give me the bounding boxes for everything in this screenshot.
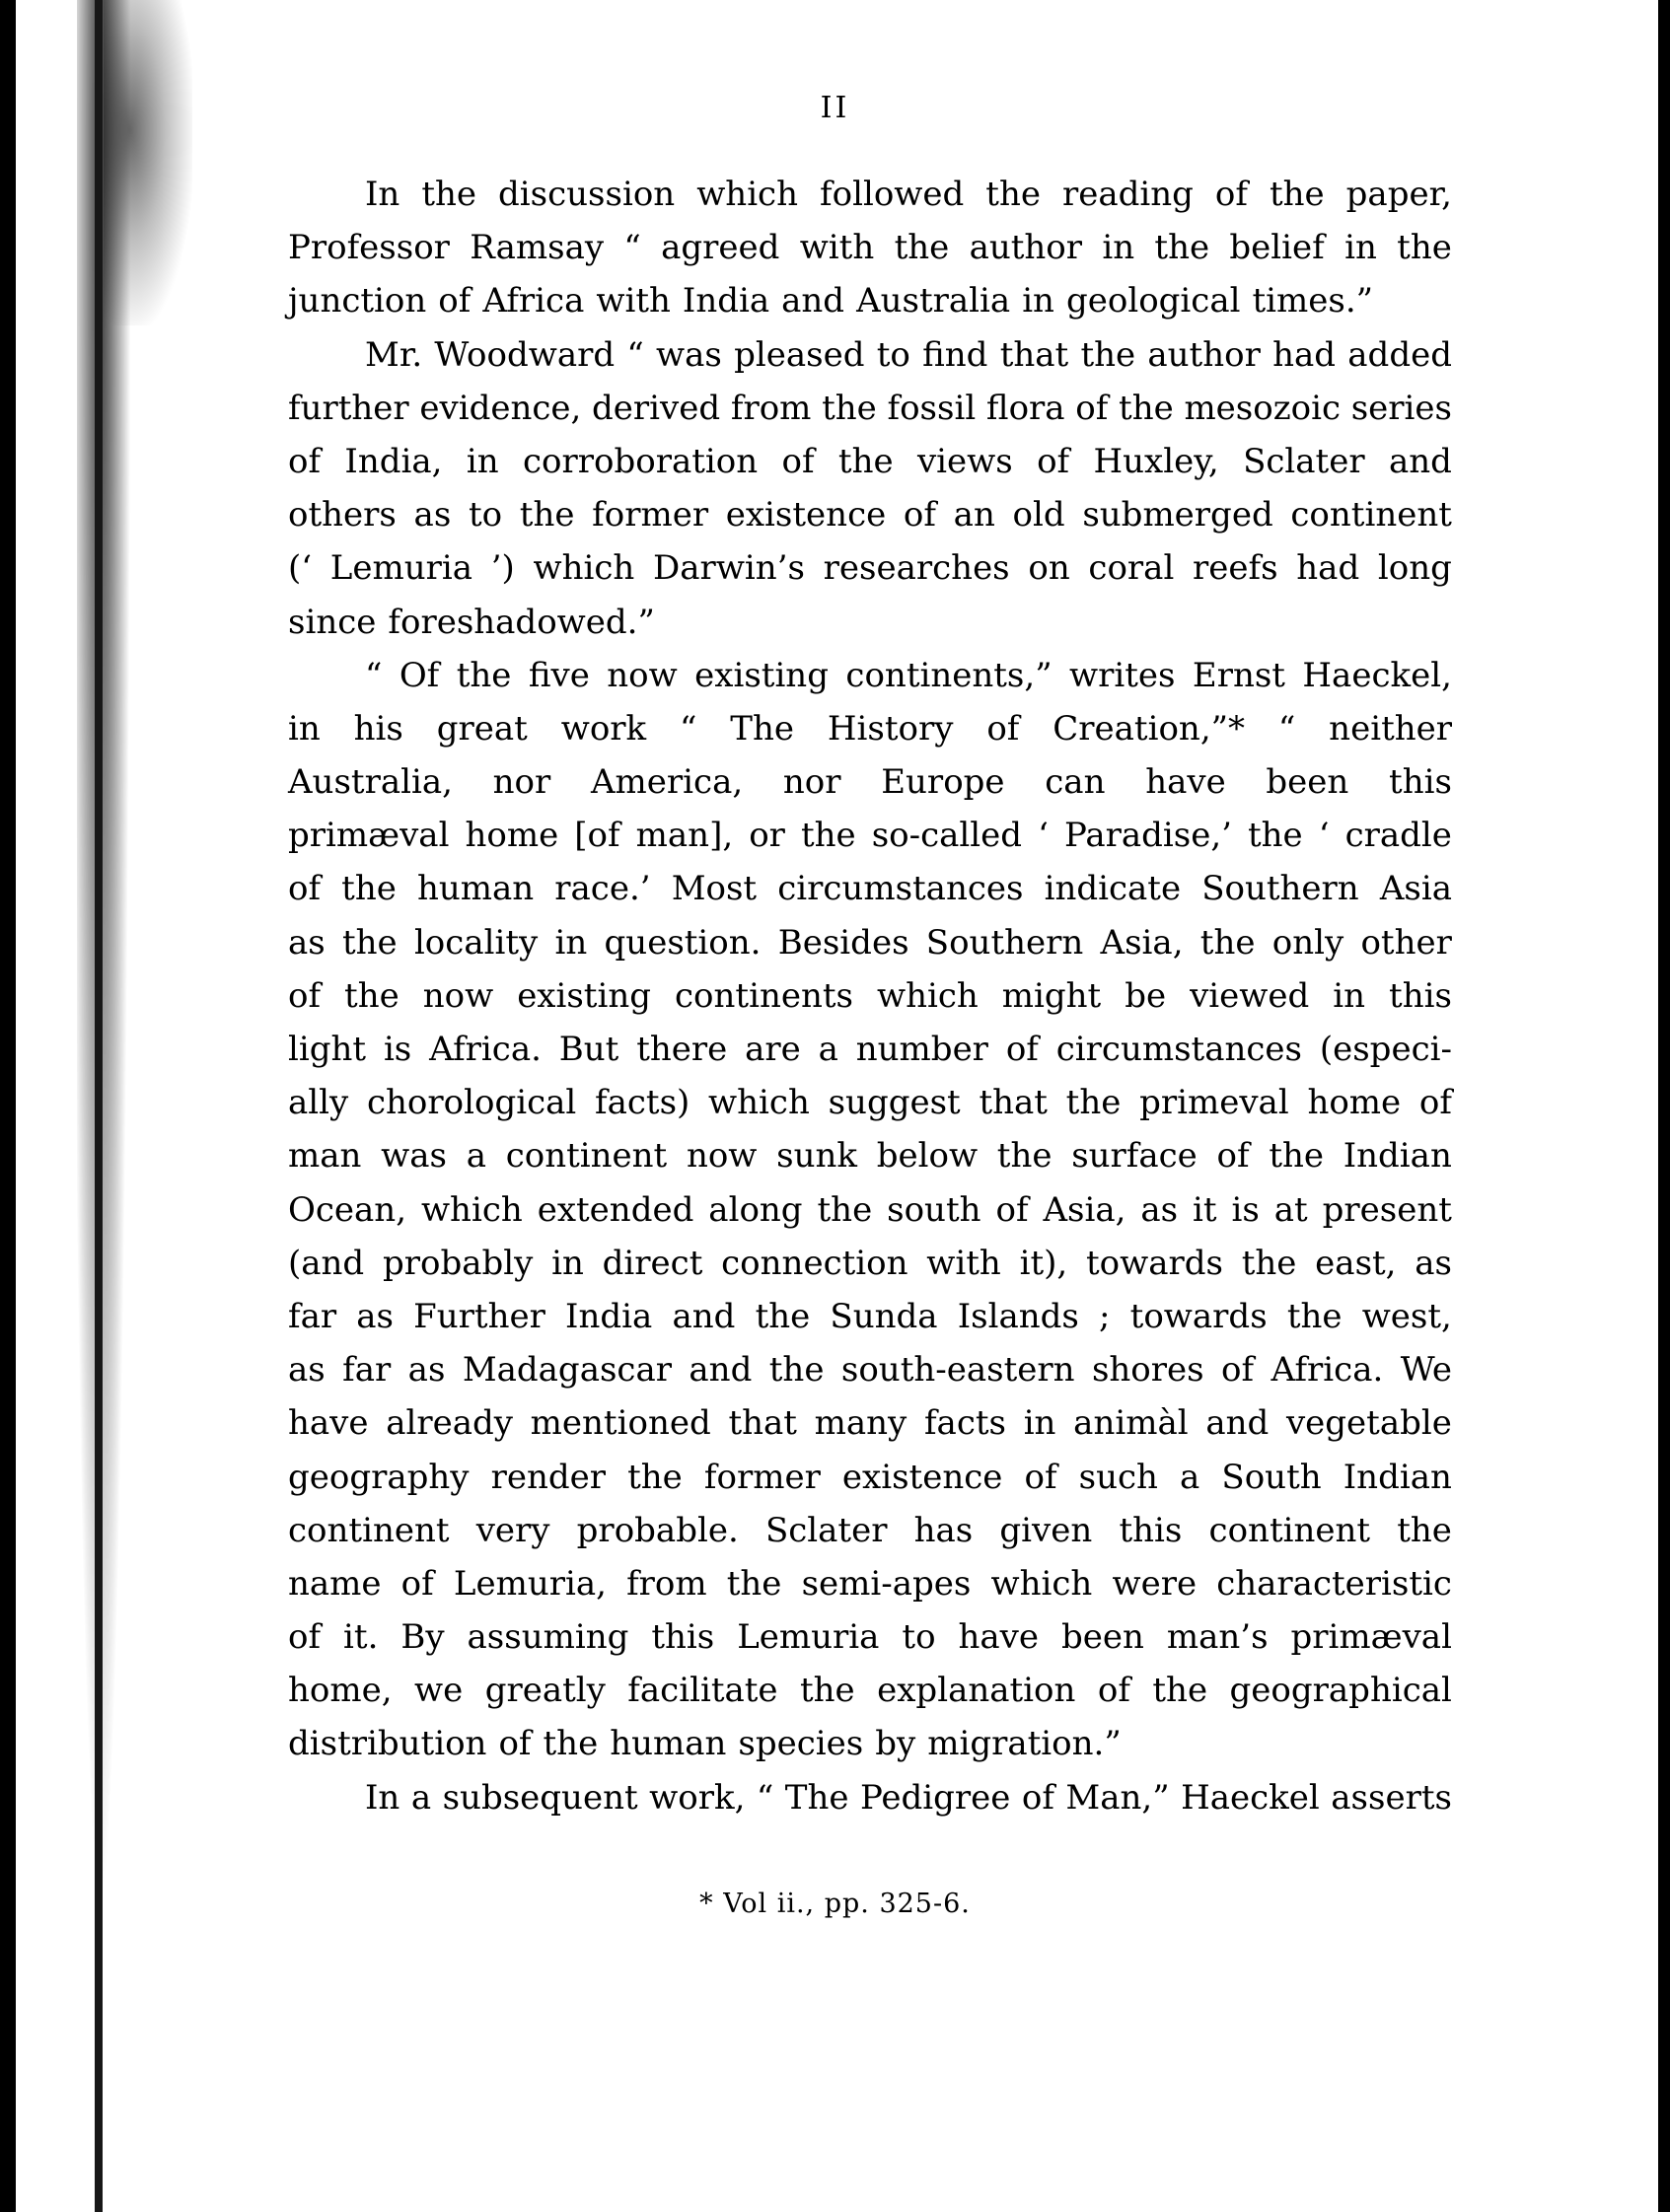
text-line: Australia,norAmerica,norEuropecanhavebee… (288, 755, 1452, 809)
text-line: continentveryprobable.Sclaterhasgiventhi… (288, 1504, 1452, 1557)
text-line: Inthediscussionwhichfollowedthereadingof… (288, 168, 1452, 221)
text-line: home,wegreatlyfacilitatetheexplanationof… (288, 1664, 1452, 1717)
text-line: Mr.Woodward“waspleasedtofindthattheautho… (288, 328, 1452, 382)
text-line: (‘Lemuria’)whichDarwin’sresearchesoncora… (288, 541, 1452, 595)
text-line: ofIndia,incorroborationoftheviewsofHuxle… (288, 435, 1452, 488)
text-line: sinceforeshadowed.” (288, 596, 1452, 649)
text-line: asthelocalityinquestion.BesidesSouthernA… (288, 916, 1452, 969)
scan-edge-right (1658, 0, 1670, 2212)
text-line: furtherevidence,derivedfromthefossilflor… (288, 382, 1452, 435)
binding-speckle (104, 0, 192, 325)
text-line: junctionofAfricawithIndiaandAustraliaing… (288, 274, 1452, 327)
text-line: inhisgreatwork“TheHistoryofCreation,”*“n… (288, 702, 1452, 755)
text-line: (andprobablyindirectconnectionwithit),to… (288, 1237, 1452, 1290)
text-line: lightisAfrica.Butthereareanumberofcircum… (288, 1023, 1452, 1076)
page-number: II (0, 91, 1670, 125)
text-line: ProfessorRamsay“agreedwiththeauthorinthe… (288, 221, 1452, 274)
text-line: ofit.ByassumingthisLemuriatohavebeenman’… (288, 1610, 1452, 1664)
scan-edge-left (0, 0, 16, 2212)
text-line: asfarasMadagascarandthesouth-easternshor… (288, 1343, 1452, 1396)
binding-shadow (77, 0, 136, 2212)
body-text: Inthediscussionwhichfollowedthereadingof… (288, 168, 1452, 1824)
footnote: * Vol ii., pp. 325-6. (0, 1889, 1670, 1919)
text-line: geographyrendertheformerexistenceofsucha… (288, 1451, 1452, 1504)
text-line: farasFurtherIndiaandtheSundaIslands;towa… (288, 1290, 1452, 1343)
text-line: manwasacontinentnowsunkbelowthesurfaceof… (288, 1129, 1452, 1182)
text-line: Inasubsequentwork,“ThePedigreeofMan,”Hae… (288, 1771, 1452, 1824)
text-line: Ocean,whichextendedalongthesouthofAsia,a… (288, 1183, 1452, 1237)
text-line: distributionofthehumanspeciesbymigration… (288, 1717, 1452, 1770)
text-line: “Ofthefivenowexistingcontinents,”writesE… (288, 649, 1452, 702)
text-line: othersastotheformerexistenceofanoldsubme… (288, 488, 1452, 541)
text-line: primævalhome[ofman],ortheso-called‘Parad… (288, 809, 1452, 862)
text-line: nameofLemuria,fromthesemi-apeswhichwerec… (288, 1557, 1452, 1610)
text-line: allychorologicalfacts)whichsuggestthatth… (288, 1076, 1452, 1129)
text-line: havealreadymentionedthatmanyfactsinanimà… (288, 1396, 1452, 1450)
text-line: ofthenowexistingcontinentswhichmightbevi… (288, 969, 1452, 1023)
text-line: ofthehumanrace.’Mostcircumstancesindicat… (288, 862, 1452, 915)
